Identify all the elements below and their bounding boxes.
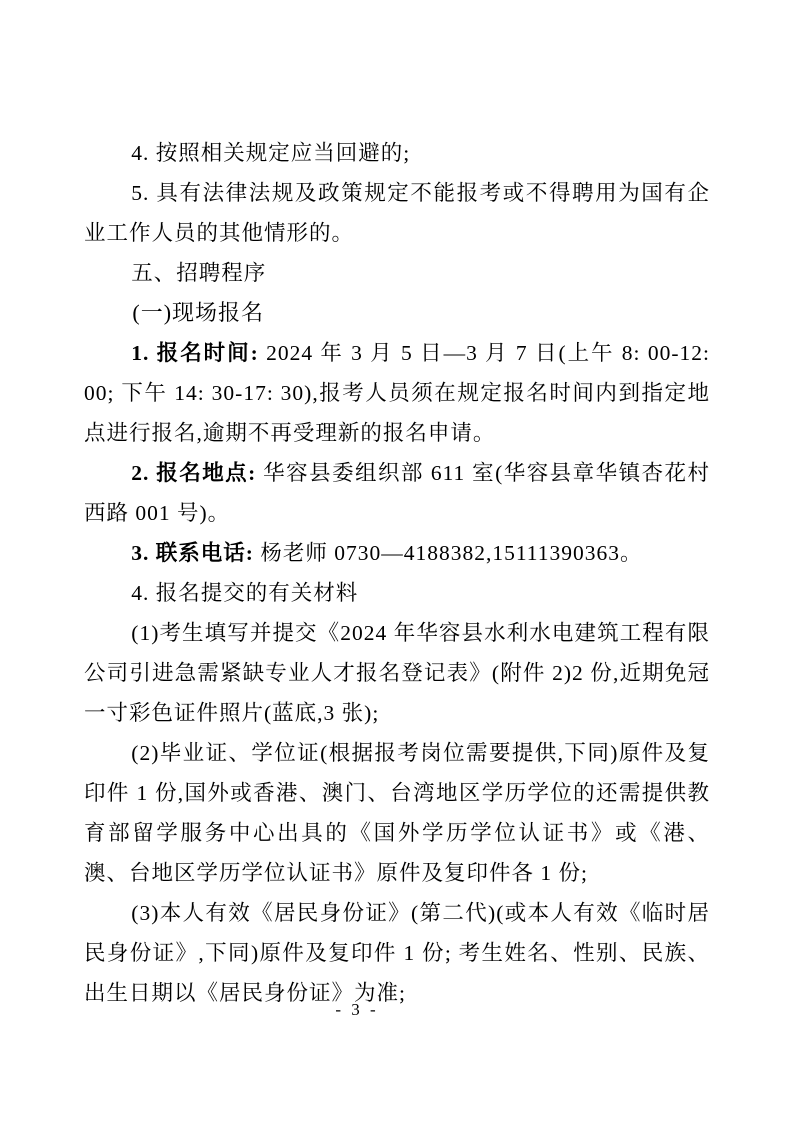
paragraph-material-1: (1)考生填写并提交《2024 年华容县水利水电建筑工程有限公司引进急需紧缺专业…	[84, 613, 710, 733]
section-heading-recruitment-procedure: 五、招聘程序	[84, 253, 710, 293]
paragraph-clause-4: 4. 按照相关规定应当回避的;	[84, 133, 710, 173]
paragraph-material-3: (3)本人有效《居民身份证》(第二代)(或本人有效《临时居民身份证》,下同)原件…	[84, 893, 710, 1013]
registration-location-label: 2. 报名地点:	[131, 461, 256, 485]
paragraph-registration-time: 1. 报名时间: 2024 年 3 月 5 日—3 月 7 日(上午 8: 00…	[84, 333, 710, 453]
document-page: 4. 按照相关规定应当回避的; 5. 具有法律法规及政策规定不能报考或不得聘用为…	[0, 0, 793, 1122]
paragraph-clause-5: 5. 具有法律法规及政策规定不能报考或不得聘用为国有企业工作人员的其他情形的。	[84, 173, 710, 253]
paragraph-registration-location: 2. 报名地点: 华容县委组织部 611 室(华容县章华镇杏花村西路 001 号…	[84, 453, 710, 533]
contact-phone-label: 3. 联系电话:	[131, 541, 254, 565]
paragraph-material-2: (2)毕业证、学位证(根据报考岗位需要提供,下同)原件及复印件 1 份,国外或香…	[84, 733, 710, 893]
paragraph-contact-phone: 3. 联系电话: 杨老师 0730—4188382,15111390363。	[84, 533, 710, 573]
subsection-heading-onsite-registration: (一)现场报名	[84, 293, 710, 333]
contact-phone-text: 杨老师 0730—4188382,15111390363。	[254, 541, 643, 565]
document-body: 4. 按照相关规定应当回避的; 5. 具有法律法规及政策规定不能报考或不得聘用为…	[84, 133, 710, 1013]
page-number: - 3 -	[0, 1000, 714, 1020]
paragraph-materials-heading: 4. 报名提交的有关材料	[84, 573, 710, 613]
registration-time-label: 1. 报名时间:	[131, 341, 258, 365]
